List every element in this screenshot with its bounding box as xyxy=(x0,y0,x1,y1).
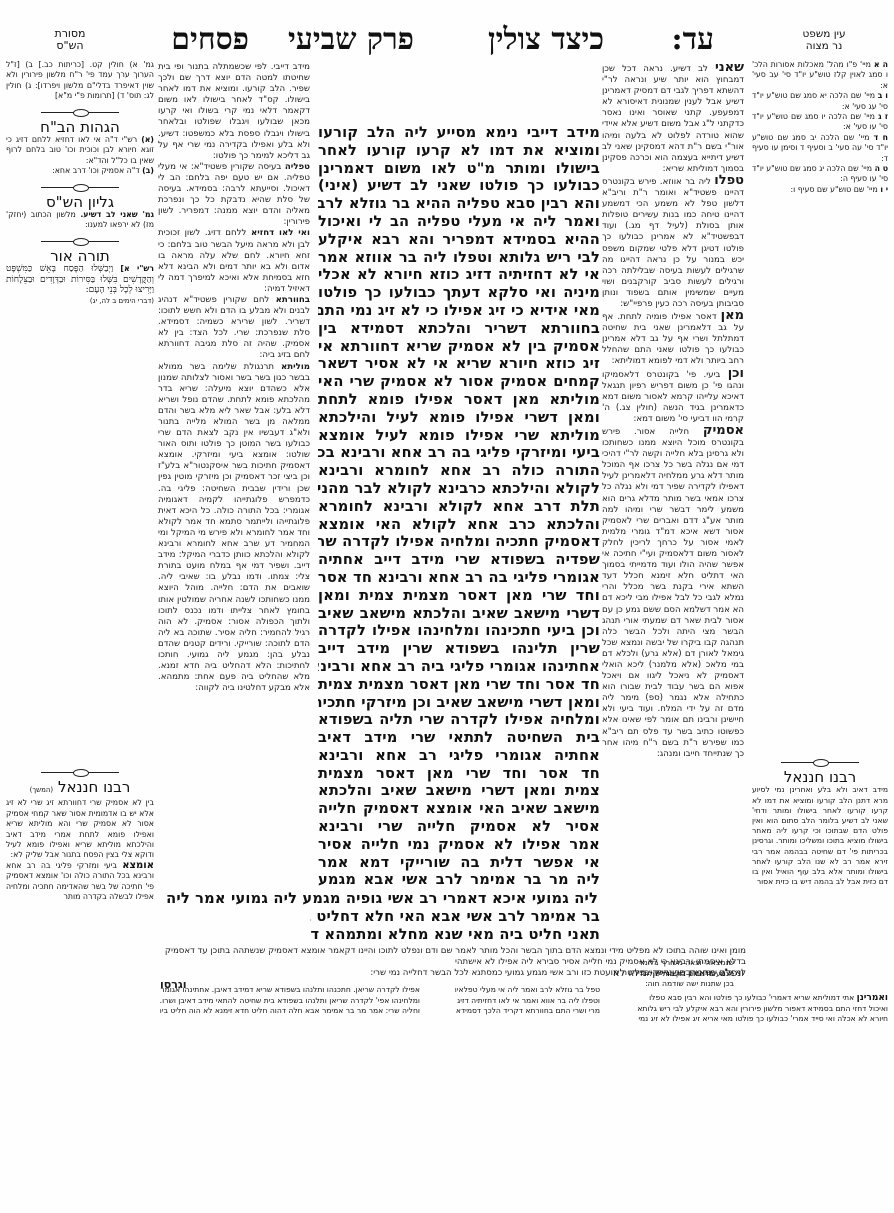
gemara-text-wide: ליה גמועי איכא דאמרי רב אשי גופיה מגמע ל… xyxy=(160,890,598,908)
torah-or-title: תורה אור xyxy=(6,251,154,261)
tosafot-entry: טפלו ליה בר אווזא. פירש בקונטרס דהיינו פ… xyxy=(602,175,744,310)
gemara-text: מידב דייבי נימא מסייע ליה הלב קורעו ומוצ… xyxy=(318,124,600,889)
ein-mishpat-entry: ה א מיי' פ"ו מהל' מאכלות אסורות הלכ' ו ס… xyxy=(752,60,888,91)
gemara-line: חד אסר וחד שרי מאן דאסר מצמית צמית xyxy=(318,676,600,694)
gemara-line: אחתינהו אגומרי פליגי ביה רב אחא ורבינא xyxy=(318,658,600,676)
rashi-entry: בחוורתא לחם שקורין פשטיד"א דנהיג לבנים ו… xyxy=(158,295,310,362)
torah-or-source: (דברי הימים ב לה, יג) xyxy=(6,296,154,306)
gemara-line: בר אמימר לרב אשי אבא האי חלא דחליט ביה ח… xyxy=(310,908,600,926)
page-number: עד: xyxy=(672,22,714,57)
masoret-title: מסורת הש"ס xyxy=(40,28,100,52)
gemara-line: התורה כולה רב אחא לחומרא ורבינא xyxy=(318,462,600,480)
dibur-hamatchil: ואמרינן xyxy=(857,993,888,1003)
rabbeinu-chananel-left: רבנו חננאל (המשך) בין לא אסמיק שרי דחוור… xyxy=(6,762,154,902)
tosafot-line: מומן ואינו שוהה בתוכו לא מפליט מידי ונמצ… xyxy=(160,946,746,957)
masoret-column: גמ' א) חולין קט. [כריתות כב.] ב) [ז"ל הע… xyxy=(6,60,154,306)
gemara-line: קמחים אסמיק אסור לא אסמיק שרי האי xyxy=(318,373,600,391)
gemara-line: שפדיה בשפודא שרי מידב דייב אחתיה xyxy=(318,551,600,569)
hagahot-entry: (ב) ד"ה אסמיק וכו' דרב אחא: xyxy=(6,166,154,176)
continuation-note: (המשך) xyxy=(30,786,54,794)
ornament-divider xyxy=(41,183,119,191)
rashi-column: מידב דייבי. לפי שכשמתלה בתנור ופי בית שח… xyxy=(158,62,310,694)
gemara-line: אמר אפילו לא אסמיק נמי חלייה אסיר xyxy=(318,836,600,854)
ein-mishpat-title: עין משפט נר מצוה xyxy=(784,28,864,52)
ornament-divider xyxy=(41,108,119,116)
tractate-title: פסחים xyxy=(171,22,249,57)
gemara-line: מוליתא שרי אפילו פומא לעיל אומצא xyxy=(318,427,600,445)
gemara-line: ואמר ליה אי מעלי טפליה הב לי ואיכול xyxy=(318,213,600,231)
gemara-line: מוליתא מאן דאסר אפילו פומא לתחת xyxy=(318,391,600,409)
ornament-divider xyxy=(41,768,119,776)
gemara-line: וכן ביעי חתכינהו ומלחינהו אפילו לקדרה xyxy=(318,622,600,640)
rabbeinu-chananel-text: בין לא אסמיק שרי דחוורתא זיג שרי לא זיג … xyxy=(6,798,154,860)
tosafot-entry: שאני לב דשיע. נראה דכל שכן דמבחוץ הוא יו… xyxy=(602,62,744,175)
gemara-line: כבולעו כך פולטו שאני לב דשיע (איני) xyxy=(318,177,600,195)
gemara-line: מישאב שאיב האי אומצא דאסמיק חלייה xyxy=(318,800,600,818)
gemara-line: אי לא דחזיתיה דזיג כוזא חיורא לא אכלי xyxy=(318,266,600,284)
hagahot-entry: (א) רש"י ד"ה אי לאו דחזיא ללחם דזיג כי ז… xyxy=(6,135,154,166)
hagahot-title: הגהות הב"ח xyxy=(6,122,154,132)
gemara-line: ליה גמועי איכא דאמרי רב אשי גופיה מגמע ל… xyxy=(160,890,598,908)
gemara-line: מיניה ואי סלקא דעתך כבולעו כך פולטו xyxy=(318,284,600,302)
gemara-line: ומוציא את דמו לא קרעו קורעו לאחר xyxy=(318,142,600,160)
section-title: רבנו חננאל xyxy=(752,772,888,782)
gemara-line: לקולא והילכתא כרבינא לקולא לבר מהני xyxy=(318,480,600,498)
gemara-line: תאני חליט ביה מאי שנא מחלא ומתמהא דחלטינ… xyxy=(310,926,600,944)
chapter-label: כיצד צולין xyxy=(488,22,604,57)
tosafot-entry: אסמיק חלייה אסור. פירש בקונטרס מוכל היוצ… xyxy=(602,425,744,760)
gemara-line: זיג כוזא חיורא שריא אי לא אסיר דשאר xyxy=(318,355,600,373)
ornament-divider xyxy=(781,758,859,766)
rabbeinu-chananel-right: רבנו חננאל מידב דאיב ולא בלע ואחרינן נמי… xyxy=(752,752,888,887)
gemara-line: אי אפשר דלית בה שורייקי דמא אמר xyxy=(318,854,600,872)
tosafot-entry: מאן דאסר אפילו פומיה לתחת. אף על גב דלאמ… xyxy=(602,310,744,367)
torah-or-entry: רש"י א] וַיְבַשְּׁלוּ הַפֶּסַח בָּאֵשׁ כ… xyxy=(6,264,154,295)
gemara-line: אסמיק בין לא אסמיק שריא דחוורתא אי xyxy=(318,338,600,356)
gemara-line: בית השחיטה לתתאי שרי מידב דאיב xyxy=(318,729,600,747)
tosafot-entry: וכן ביעי. פי' בקונטרס דלאסמיקו ונהגו פי'… xyxy=(602,368,744,425)
gemara-line: וחד שרי מאן דאסר מצמית צמית ומאן xyxy=(318,587,600,605)
gemara-line: אחתיה אגומרי פליגי רב אחא ורבינא xyxy=(318,747,600,765)
rashi-entry: מוליתא תרנגולת שלימה בשר ממולא בבשר כגון… xyxy=(158,362,310,695)
dibur-hamatchil: אומצא xyxy=(122,860,154,871)
gemara-line: תלת דרב אחא לקולא ורבינא לחומרא xyxy=(318,498,600,516)
gemara-line: והא רבין סבא טפליה ההיא בר גוזלא לרב xyxy=(318,195,600,213)
bottom-notes-right: ואמרינן אתי דמוליתא שריא דאמרי' כבולעו כ… xyxy=(598,993,888,1025)
gemara-line: צמית ומאן דשרי מישאב שאיב והלכתא xyxy=(318,782,600,800)
section-title: רבנו חננאל xyxy=(58,778,130,796)
ein-mishpat-entry: ו ב מיי' שם הלכה יא סמג שם טוש"ע יו"ד סי… xyxy=(752,91,888,112)
gemara-line: דשרי מישאב שאיב והלכתא מישאב שאיב xyxy=(318,605,600,623)
ein-mishpat-entry: ז ג מיי' שם הלכה יו סמג שם טוש"ע יו"ד סי… xyxy=(752,112,888,133)
gemara-line: אגומרי פליגי בה רב אחא ורבינא חד אסר xyxy=(318,569,600,587)
gemara-line: ומאן דשרי אפילו פומא לעיל והילכתא xyxy=(318,409,600,427)
gemara-line: מאי אידיא כי זיג אפילו כי לא זיג נמי התם xyxy=(318,302,600,320)
perek-label: פרק שביעי xyxy=(288,22,414,57)
gemara-line: בחוורתא דשריר והלכתא דסמידא בין xyxy=(318,320,600,338)
bottom-notes-far-right: שנמצאה יוצאה משורף בלומר מנמע בדנוסינן ב… xyxy=(634,958,734,990)
ornament-divider xyxy=(41,237,119,245)
rashi-entry: טפליה בעיסה שקורין פשטיד"א: אי מעלי טפלי… xyxy=(158,162,310,229)
tosafot-column: שאני לב דשיע. נראה דכל שכן דמבחוץ הוא יו… xyxy=(602,62,744,760)
gemara-line: חד אסר וחד שרי מאן דאסר מצמית xyxy=(318,765,600,783)
gemara-line: ליה מר בר אמימר לרב אשי אבא מגמע xyxy=(318,871,600,889)
rabbeinu-chananel-text: מידב דאיב ולא בלע ואחרינן נמי לסיוע מרא … xyxy=(752,785,888,887)
gemara-line: אסיר לא אסמיק חלייה שרי ורבינא xyxy=(318,818,600,836)
bottom-notes-middle: טפל בר גוזלא לרב ואמר ליה אי מעלי טפלאיה… xyxy=(455,985,600,1017)
gilyon-title: גליון הש"ס xyxy=(6,197,154,207)
gemara-line: בישולו ומותר מ"ט לאו משום דאמרינן xyxy=(318,160,600,178)
gemara-line: ביעי ומיזרקי פליגי בה רב אחא ורבינא בכל xyxy=(318,444,600,462)
gemara-line: מידב דייבי נימא מסייע ליה הלב קורעו xyxy=(318,124,600,142)
ein-mishpat-entry: י ו מיי' שם טוש"ע שם סעיף ו: xyxy=(752,185,888,195)
gemara-line: ומאן דשרי מישאב שאיב וכן מיזרקי חתכיה xyxy=(318,694,600,712)
rashi-entry: ואי לאו דחזיא ללחם דזיג. לשון זכוכית לבן… xyxy=(158,228,310,295)
ein-mishpat-column: ה א מיי' פ"ו מהל' מאכלות אסורות הלכ' ו ס… xyxy=(752,60,888,195)
bottom-notes-left: אפילו לקדרה שריאן. חתכנהו ותלנהו בשפודא … xyxy=(160,985,420,1017)
ein-mishpat-entry: ח ד מיי' שם הלכה יב סמג שם טוש"ע יו"ד סי… xyxy=(752,133,888,164)
rashi-entry: מידב דייבי. לפי שכשמתלה בתנור ופי בית שח… xyxy=(158,62,310,162)
gemara-text-wide: בר אמימר לרב אשי אבא האי חלא דחליט ביה ח… xyxy=(310,908,600,944)
ein-mishpat-entry: ט ה מיי' שם הלכה יג סמג שם טוש"ע יו"ד סי… xyxy=(752,164,888,185)
gemara-line: דאסמיק חתכיה ומלחיה אפילו לקדרה שרי xyxy=(318,533,600,551)
gilyon-entry: גמ' שאני לב דשיע. מלשון הכתוב (יחזק' מז)… xyxy=(6,210,154,231)
gemara-line: ומלחיה אפילו לקדרה שרי תליה בשפודא xyxy=(318,711,600,729)
gemara-line: והלכתא כרב אחא לקולא האי אומצא xyxy=(318,516,600,534)
gemara-line: לבי ריש גלותא וטפלו ליה בר אווזא אמר xyxy=(318,249,600,267)
gemara-line: ההיא בסמידא דמפריר והא רבא איקלע xyxy=(318,231,600,249)
gemara-line: שרין תלינהו בשפודא שרין מידב דייב xyxy=(318,640,600,658)
masoret-text: גמ' א) חולין קט. [כריתות כב.] ב) [ז"ל הע… xyxy=(6,60,154,102)
